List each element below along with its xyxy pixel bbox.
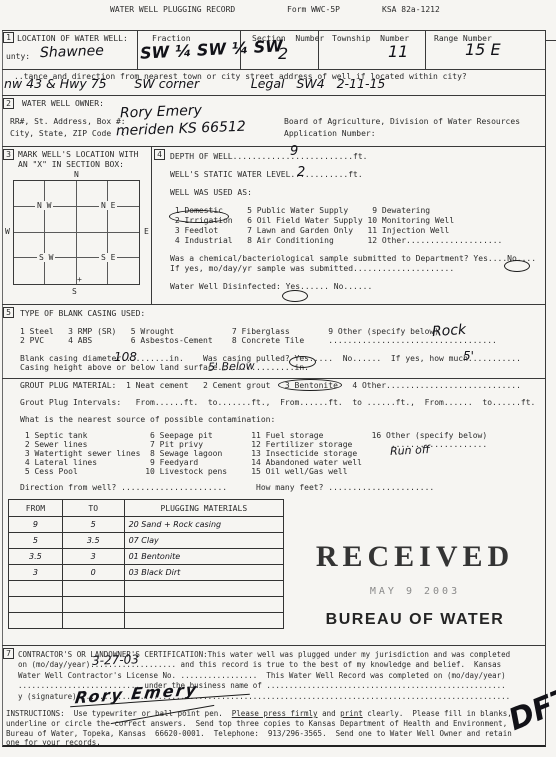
form-line [170, 162, 542, 170]
section1-number: 1 [3, 32, 14, 43]
section-grout-plug: GROUT PLUG MATERIAL: 1 Neat cement 2 Cem… [2, 378, 546, 497]
county-label: unty: [6, 52, 30, 61]
instructions-segment: INSTRUCTIONS: Use typewriter or ball poi… [6, 709, 232, 718]
casing-diameter-handwritten: 108 [114, 350, 137, 364]
circled-domestic-option [169, 210, 229, 223]
contamination-option-row: 5 Cess Pool 10 Livestock pens 15 Oil wel… [20, 468, 542, 477]
section-mark-location: 3 MARK WELL'S LOCATION WITH AN "X" IN SE… [2, 146, 152, 304]
form-line [170, 246, 542, 254]
to-value: 3 [62, 549, 124, 565]
circled-casing-pulled-yes [289, 356, 316, 368]
sample-question-line: Was a chemical/bacteriological sample su… [170, 254, 542, 264]
quadrant-se-label: S E [99, 253, 117, 262]
well-use-option-row: 3 Feedlot 7 Lawn and Garden Only 11 Inje… [170, 226, 542, 236]
material-value: 01 Bentonite [124, 549, 283, 565]
disinfected-question-line: Water Well Disinfected: Yes...... No....… [170, 282, 542, 292]
certification-line: Water Well Contractor's License No. ....… [18, 671, 542, 681]
table-row: 5 3.5 07 Clay [9, 533, 284, 549]
grout-intervals-line: Grout Plug Intervals: From......ft. to..… [20, 399, 542, 408]
instructions-line: underline or circle the correct answers.… [6, 719, 542, 729]
form-line: WELL WAS USED AS: [170, 188, 542, 198]
edge-artifact-line [546, 40, 556, 41]
col-header-materials: PLUGGING MATERIALS [124, 500, 283, 517]
circled-sample-no [504, 260, 530, 272]
range-number-value: 15 E [465, 40, 501, 59]
table-row: 3.5 3 01 Bentonite [9, 549, 284, 565]
from-value: 3.5 [9, 549, 63, 565]
quadrant-nw-label: N W [35, 201, 53, 210]
form-line [170, 198, 542, 206]
table-header-row: FROM TO PLUGGING MATERIALS [9, 500, 284, 517]
section1-title: LOCATION OF WATER WELL: [17, 34, 128, 43]
compass-e-label: E [142, 227, 151, 236]
table-row-empty [9, 581, 284, 597]
section-well-details: 4 DEPTH OF WELL.........................… [152, 146, 546, 304]
casing-height-handwritten: 5' Below [208, 359, 255, 374]
static-level-value-handwritten: 2 [297, 165, 305, 180]
compass-s-label: S [70, 287, 79, 296]
table-row: 9 5 20 Sand + Rock casing [9, 517, 284, 533]
well-location-mark: + [77, 275, 82, 284]
casing-other-handwritten: Rock [431, 322, 466, 340]
col-header-from: FROM [9, 500, 63, 517]
section2-title: WATER WELL OWNER: [22, 99, 104, 108]
instructions-segment: clearly. Please fill in blanks, [363, 709, 512, 718]
to-value: 3.5 [62, 533, 124, 549]
form-line [170, 274, 542, 282]
material-value: 03 Black Dirt [124, 565, 283, 581]
county-value-handwritten: Shawnee [40, 43, 104, 61]
section-number-value: 2 [278, 44, 288, 63]
section-owner: 2 WATER WELL OWNER: RR#, St. Address, Bo… [2, 95, 546, 146]
stamp-date: MAY 9 2003 [300, 586, 530, 597]
instructions-line: Bureau of Water, Topeka, Kansas 66620-00… [6, 729, 542, 739]
compass-w-label: W [3, 227, 12, 236]
quadrant-ne-label: N E [99, 201, 117, 210]
statute-reference: KSA 82a-1212 [382, 5, 440, 14]
circled-disinfected-yes [282, 290, 308, 302]
from-value: 9 [9, 517, 63, 533]
form-number: Form WWC-5P [287, 5, 340, 14]
section4-number: 4 [154, 149, 165, 160]
section7-number: 7 [3, 648, 14, 659]
to-value: 0 [62, 565, 124, 581]
table-row: 3 0 03 Black Dirt [9, 565, 284, 581]
form-line: DEPTH OF WELL.........................ft… [170, 152, 542, 162]
material-value: 07 Clay [124, 533, 283, 549]
agency-name: Board of Agriculture, Division of Water … [284, 117, 520, 126]
direction-from-well-line: Direction from well? ...................… [20, 484, 542, 493]
well-use-option-row: 4 Industrial 8 Air Conditioning 12 Other… [170, 236, 542, 246]
instructions-block: INSTRUCTIONS: Use typewriter or ball poi… [2, 706, 546, 747]
stamp-received-text: RECEIVED [300, 540, 530, 574]
owner-name-handwritten: Rory Emery [120, 103, 202, 122]
received-stamp: RECEIVED MAY 9 2003 BUREAU OF WATER [300, 540, 530, 629]
quadrant-sw-label: S W [37, 253, 55, 262]
stamp-bureau-text: BUREAU OF WATER [300, 611, 530, 629]
contamination-question: What is the nearest source of possible c… [20, 416, 542, 425]
from-value: 5 [9, 533, 63, 549]
section3-title-line2: AN "X" IN SECTION BOX: [18, 160, 124, 169]
table-row-empty [9, 597, 284, 613]
compass-n-label: N [72, 170, 81, 179]
to-value: 5 [62, 517, 124, 533]
material-value: 20 Sand + Rock casing [124, 517, 283, 533]
instructions-line: one for your records. [6, 738, 542, 748]
form-line: WELL'S STATIC WATER LEVEL............ft. [170, 170, 542, 180]
owner-address-label: RR#, St. Address, Box #: [10, 117, 126, 126]
contamination-other-handwritten: Run off [390, 443, 430, 458]
how-much-handwritten: 5' [463, 349, 474, 363]
table-row-empty [9, 613, 284, 629]
application-number-label: Application Number: [284, 129, 376, 138]
water-well-plugging-record-page: WATER WELL PLUGGING RECORD Form WWC-5P K… [0, 0, 556, 757]
completed-date-handwritten: 3-27-03 [92, 652, 139, 668]
col-header-to: TO [62, 500, 124, 517]
section-blank-casing: 5 TYPE OF BLANK CASING USED: 1 Steel 3 R… [2, 304, 546, 378]
circled-bentonite-option [278, 379, 342, 391]
plugging-materials-table: FROM TO PLUGGING MATERIALS 9 5 20 Sand +… [8, 499, 284, 629]
owner-city-label: City, State, ZIP Code : [10, 129, 126, 138]
form-title: WATER WELL PLUGGING RECORD [110, 5, 235, 14]
instructions-underlined: Please press firmly [232, 709, 318, 718]
instructions-line: INSTRUCTIONS: Use typewriter or ball poi… [6, 709, 542, 719]
depth-value-handwritten: 9 [290, 144, 298, 159]
section3-title-line1: MARK WELL'S LOCATION WITH [18, 150, 138, 159]
instructions-segment: and [318, 709, 341, 718]
section5-title: TYPE OF BLANK CASING USED: [20, 309, 542, 319]
distance-value-handwritten: nw 43 & Hwy 75 SW corner Legal SW4 2-11-… [4, 76, 385, 91]
casing-height-line: Casing height above or below land surfac… [20, 363, 542, 373]
form-line: If yes, mo/day/yr sample was submitted..… [170, 264, 542, 274]
section2-number: 2 [3, 98, 14, 109]
section3-number: 3 [3, 149, 14, 160]
township-number-value: 11 [388, 42, 408, 61]
from-value: 3 [9, 565, 63, 581]
form-line [170, 180, 542, 188]
section5-number: 5 [3, 307, 14, 318]
section-box-grid [13, 180, 140, 285]
instructions-underlined: print [340, 709, 363, 718]
